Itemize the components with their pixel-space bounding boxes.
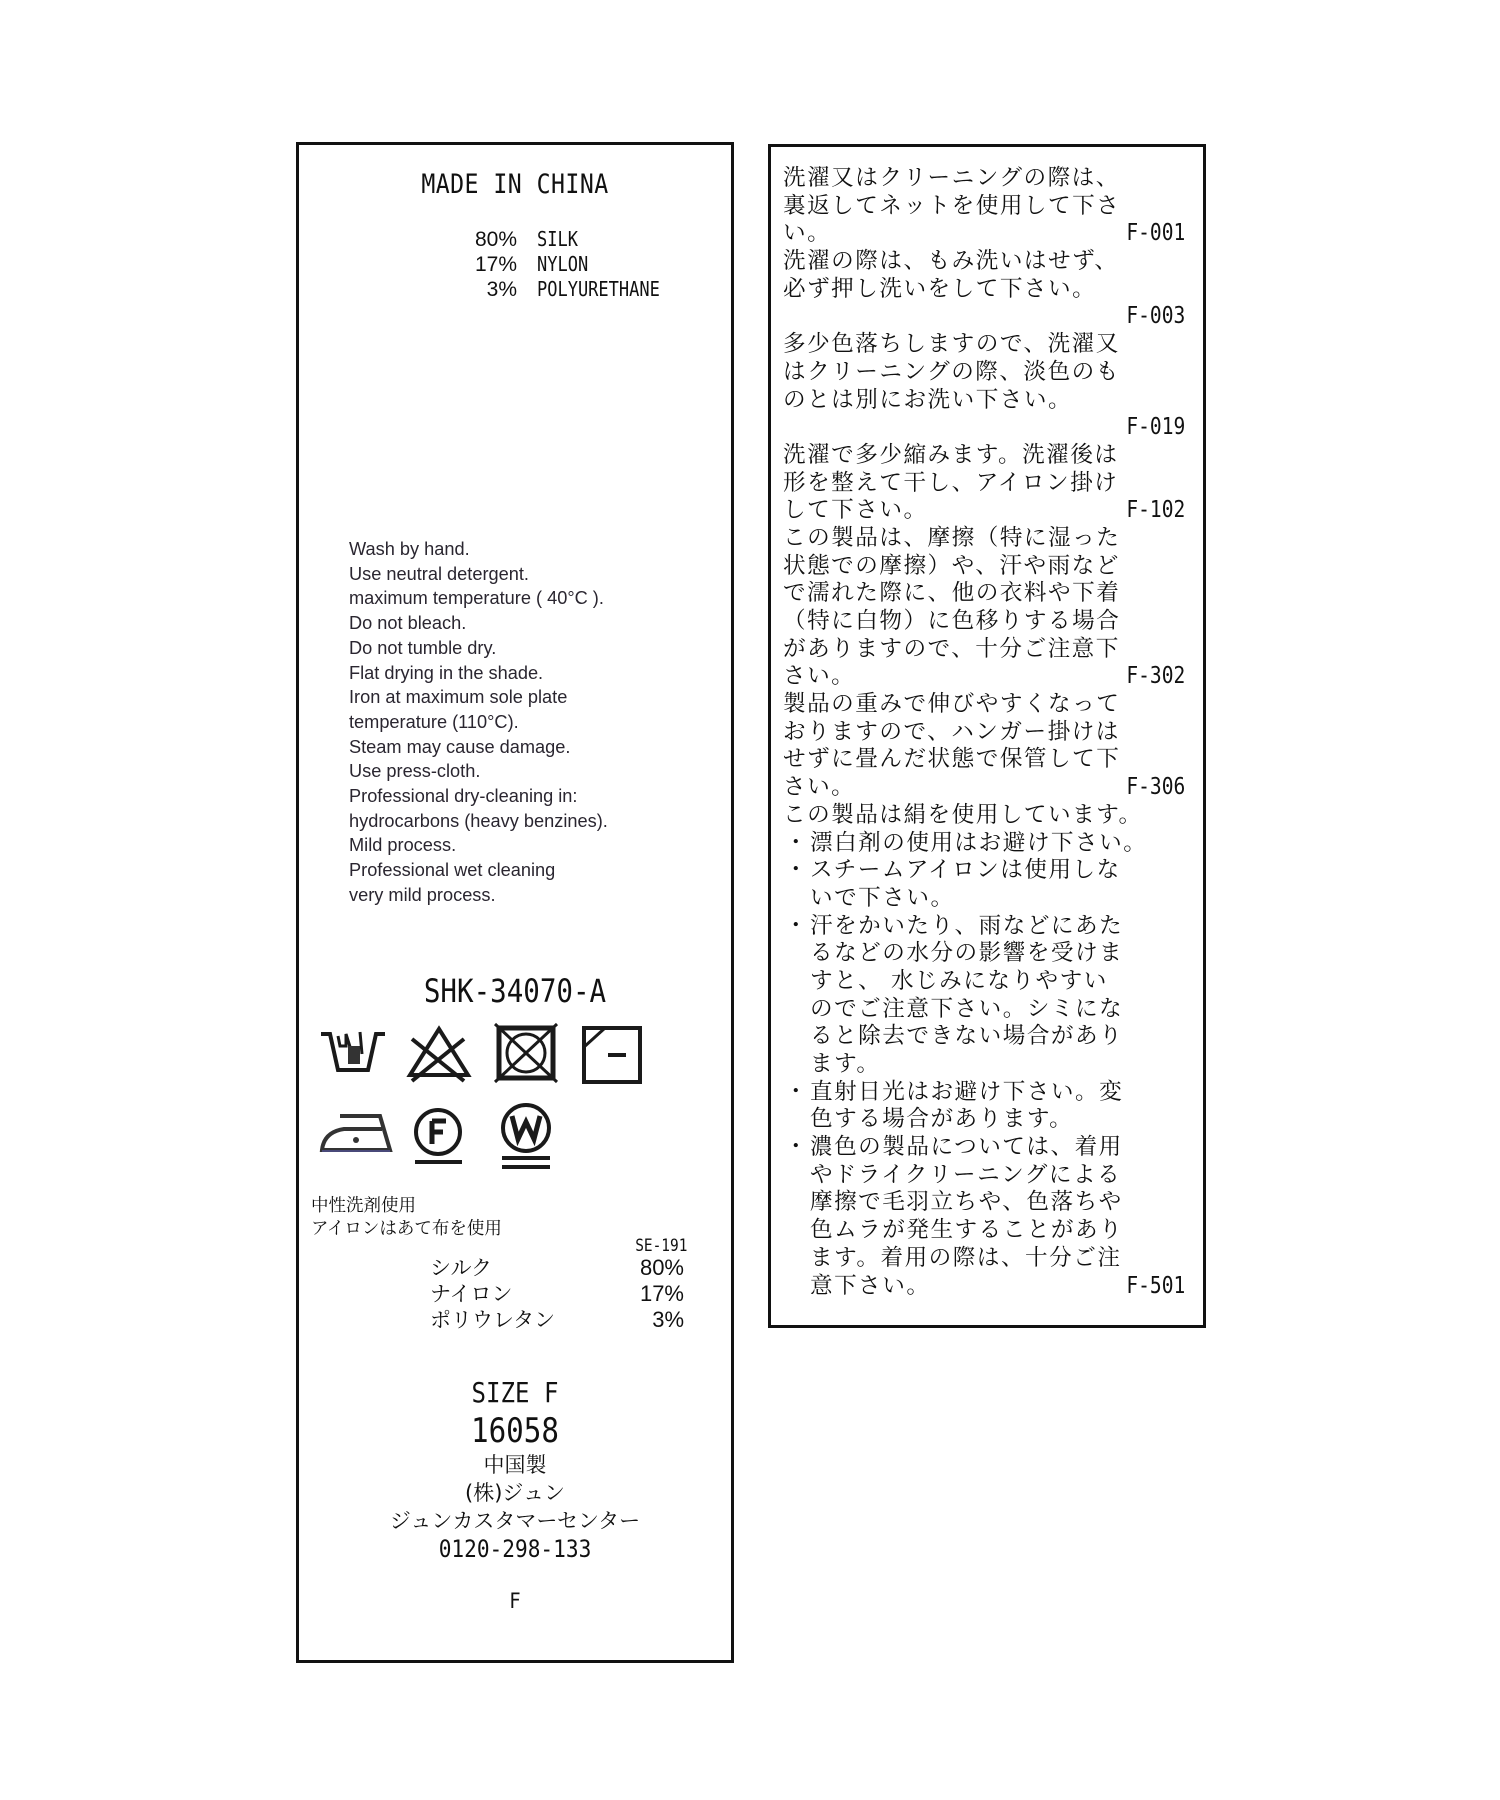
text-line: 多少色落ちしますので、洗濯又 bbox=[783, 331, 1193, 359]
bullet-continuation: ると除去できない場合があり bbox=[783, 1023, 1193, 1051]
line-text: 製品の重みで伸びやすくなって bbox=[783, 691, 1120, 717]
lot-number: 16058 bbox=[329, 1411, 701, 1451]
care-line: maximum temperature ( 40°C ). bbox=[349, 586, 608, 611]
text-line: 洗濯又はクリーニングの際は、 bbox=[783, 165, 1193, 193]
do-not-bleach-icon bbox=[404, 1025, 474, 1083]
line-text: い。 bbox=[783, 220, 831, 246]
bullet-continuation: るなどの水分の影響を受けま bbox=[783, 940, 1193, 968]
composition-material: シルク bbox=[430, 1255, 492, 1281]
care-instructions-jp: 洗濯又はクリーニングの際は、 裏返してネットを使用して下さ い。F-001 洗濯… bbox=[783, 165, 1193, 1300]
flat-dry-in-shade-icon bbox=[581, 1025, 643, 1085]
text-line: 洗濯の際は、もみ洗いはせず、 bbox=[783, 248, 1193, 276]
bullet-mark: ・ bbox=[783, 913, 810, 941]
line-text: すと、 水じみになりやすい bbox=[810, 968, 1108, 994]
instruction-code: F-003 bbox=[1126, 303, 1185, 331]
care-line: Professional dry-cleaning in: bbox=[349, 784, 608, 809]
line-text: ます。着用の際は、十分ご注 bbox=[810, 1245, 1121, 1271]
bullet-line: ・汗をかいたり、雨などにあた bbox=[783, 913, 1193, 941]
text-line: 必ず押し洗いをして下さい。 bbox=[783, 276, 1193, 304]
text-line: で濡れた際に、他の衣料や下着 bbox=[783, 580, 1193, 608]
text-line: この製品は絹を使用しています。 bbox=[783, 802, 1193, 830]
composition-material: SILK bbox=[537, 227, 578, 252]
composition-percent: 3% bbox=[652, 1307, 684, 1333]
care-instructions-en: Wash by hand. Use neutral detergent. max… bbox=[349, 537, 608, 908]
origin-jp: 中国製 bbox=[299, 1451, 731, 1479]
bullet-continuation: ます。着用の際は、十分ご注 bbox=[783, 1245, 1193, 1273]
care-line: temperature (110°C). bbox=[349, 710, 608, 735]
composition-row: 17% NYLON bbox=[465, 252, 682, 277]
composition-material: ナイロン bbox=[430, 1281, 513, 1307]
bullet-mark: ・ bbox=[783, 1079, 810, 1107]
care-line: Use press-cloth. bbox=[349, 759, 608, 784]
composition-percent: 17% bbox=[465, 252, 517, 277]
line-text: 汗をかいたり、雨などにあた bbox=[810, 913, 1123, 939]
text-line: 製品の重みで伸びやすくなって bbox=[783, 691, 1193, 719]
text-line: がありますので、十分ご注意下 bbox=[783, 636, 1193, 664]
care-line: Wash by hand. bbox=[349, 537, 608, 562]
size-and-maker-block: SIZE F 16058 中国製 (株)ジュン ジュンカスタマーセンター 012… bbox=[299, 1375, 731, 1613]
company-name: (株)ジュン bbox=[299, 1479, 731, 1507]
bullet-mark: ・ bbox=[783, 1134, 810, 1162]
line-text: がありますので、十分ご注意下 bbox=[783, 636, 1120, 662]
composition-row: 80% SILK bbox=[465, 227, 682, 252]
line-text: 色する場合があります。 bbox=[810, 1106, 1073, 1132]
instruction-code: F-001 bbox=[1126, 220, 1185, 248]
composition-jp-row: シルク 80% bbox=[430, 1255, 684, 1281]
line-text: 必ず押し洗いをして下さい。 bbox=[783, 276, 1096, 302]
line-text: して下さい。 bbox=[783, 497, 928, 523]
professional-dry-clean-F-icon bbox=[411, 1107, 467, 1167]
care-label-right: 洗濯又はクリーニングの際は、 裏返してネットを使用して下さ い。F-001 洗濯… bbox=[768, 144, 1206, 1328]
line-text: 裏返してネットを使用して下さ bbox=[783, 193, 1120, 219]
text-line: せずに畳んだ状態で保管して下 bbox=[783, 746, 1193, 774]
line-text: 摩擦で毛羽立ちや、色落ちや bbox=[810, 1189, 1123, 1215]
bullet-line: ・スチームアイロンは使用しな bbox=[783, 857, 1193, 885]
bullet-line: ・漂白剤の使用はお避け下さい。 bbox=[783, 830, 1193, 858]
text-line: さい。F-306 bbox=[783, 774, 1193, 802]
line-text: はクリーニングの際、淡色のも bbox=[783, 359, 1120, 385]
origin-text: MADE IN CHINA bbox=[329, 169, 701, 200]
line-text: で濡れた際に、他の衣料や下着 bbox=[783, 580, 1120, 606]
bullet-line: ・直射日光はお避け下さい。変 bbox=[783, 1079, 1193, 1107]
line-text: 色ムラが発生することがあり bbox=[810, 1217, 1123, 1243]
bullet-continuation: いで下さい。 bbox=[783, 885, 1193, 913]
bullet-continuation: 摩擦で毛羽立ちや、色落ちや bbox=[783, 1189, 1193, 1217]
text-line: （特に白物）に色移りする場合 bbox=[783, 608, 1193, 636]
care-line: hydrocarbons (heavy benzines). bbox=[349, 809, 608, 834]
jp-note-line: アイロンはあて布を使用 bbox=[311, 1218, 502, 1241]
composition-material: ポリウレタン bbox=[430, 1307, 555, 1333]
text-line: 裏返してネットを使用して下さ bbox=[783, 193, 1193, 221]
customer-center: ジュンカスタマーセンター bbox=[299, 1507, 731, 1535]
line-text: 形を整えて干し、アイロン掛け bbox=[783, 470, 1118, 496]
text-line: さい。F-302 bbox=[783, 663, 1193, 691]
do-not-tumble-dry-icon bbox=[493, 1022, 559, 1084]
care-line: Mild process. bbox=[349, 833, 608, 858]
line-text: 洗濯又はクリーニングの際は、 bbox=[783, 165, 1120, 191]
line-text: さい。 bbox=[783, 774, 855, 800]
line-text: いで下さい。 bbox=[810, 885, 955, 911]
iron-low-temperature-icon bbox=[318, 1112, 394, 1156]
line-text: 多少色落ちしますので、洗濯又 bbox=[783, 331, 1120, 357]
instruction-code: F-501 bbox=[1126, 1273, 1185, 1301]
line-text: （特に白物）に色移りする場合 bbox=[783, 608, 1120, 634]
composition-jp-row: ポリウレタン 3% bbox=[430, 1307, 684, 1333]
care-line: Professional wet cleaning bbox=[349, 858, 608, 883]
composition-row: 3% POLYURETHANE bbox=[465, 277, 682, 302]
hand-wash-icon bbox=[318, 1028, 388, 1078]
text-line: おりますので、ハンガー掛けは bbox=[783, 719, 1193, 747]
bullet-continuation: 色する場合があります。 bbox=[783, 1106, 1193, 1134]
instruction-code: F-102 bbox=[1126, 497, 1185, 525]
bullet-continuation: 意下さい。F-501 bbox=[783, 1273, 1193, 1301]
line-text: この製品は、摩擦（特に湿った bbox=[783, 525, 1120, 551]
text-line: 洗濯で多少縮みます。洗濯後は bbox=[783, 442, 1193, 470]
line-text: 濃色の製品については、着用 bbox=[810, 1134, 1123, 1160]
composition-en: 80% SILK 17% NYLON 3% POLYURETHANE bbox=[465, 227, 682, 302]
composition-percent: 17% bbox=[640, 1281, 684, 1307]
line-text: のでご注意下さい。シミにな bbox=[810, 996, 1123, 1022]
line-text: ると除去できない場合があり bbox=[810, 1023, 1123, 1049]
line-text: やドライクリーニングによる bbox=[810, 1162, 1121, 1188]
bullet-continuation: すと、 水じみになりやすい bbox=[783, 968, 1193, 996]
line-text: 洗濯の際は、もみ洗いはせず、 bbox=[783, 248, 1119, 274]
line-text: スチームアイロンは使用しな bbox=[810, 857, 1121, 883]
composition-material: POLYURETHANE bbox=[537, 277, 660, 302]
bullet-continuation: やドライクリーニングによる bbox=[783, 1162, 1193, 1190]
bullet-mark: ・ bbox=[783, 830, 810, 858]
text-line: い。F-001 bbox=[783, 220, 1193, 248]
composition-percent: 3% bbox=[465, 277, 517, 302]
line-text: るなどの水分の影響を受けま bbox=[810, 940, 1123, 966]
line-text: 意下さい。 bbox=[810, 1273, 930, 1299]
composition-percent: 80% bbox=[465, 227, 517, 252]
care-line: very mild process. bbox=[349, 883, 608, 908]
care-line: Do not bleach. bbox=[349, 611, 608, 636]
care-line: Flat drying in the shade. bbox=[349, 661, 608, 686]
care-line: Use neutral detergent. bbox=[349, 562, 608, 587]
text-line: 形を整えて干し、アイロン掛け bbox=[783, 470, 1193, 498]
text-line: はクリーニングの際、淡色のも bbox=[783, 359, 1193, 387]
text-line: 状態での摩擦）や、汗や雨など bbox=[783, 553, 1193, 581]
instruction-code: F-019 bbox=[1126, 414, 1185, 442]
phone-number: 0120-298-133 bbox=[325, 1535, 705, 1563]
line-text: この製品は絹を使用しています。 bbox=[783, 802, 1143, 828]
line-text: おりますので、ハンガー掛けは bbox=[783, 719, 1120, 745]
bullet-continuation: 色ムラが発生することがあり bbox=[783, 1217, 1193, 1245]
line-text: せずに畳んだ状態で保管して下 bbox=[783, 746, 1120, 772]
instruction-code: F-306 bbox=[1126, 774, 1185, 802]
care-line: Steam may cause damage. bbox=[349, 735, 608, 760]
bullet-line: ・濃色の製品については、着用 bbox=[783, 1134, 1193, 1162]
size-small: F bbox=[321, 1589, 710, 1613]
bullet-continuation: のでご注意下さい。シミにな bbox=[783, 996, 1193, 1024]
line-text: のとは別にお洗い下さい。 bbox=[783, 387, 1072, 413]
professional-wet-clean-very-mild-icon bbox=[498, 1102, 554, 1170]
composition-jp: シルク 80% ナイロン 17% ポリウレタン 3% bbox=[430, 1255, 684, 1333]
line-text: 直射日光はお避け下さい。変 bbox=[810, 1079, 1123, 1105]
text-line: F-019 bbox=[783, 414, 1193, 442]
line-text: 漂白剤の使用はお避け下さい。 bbox=[810, 830, 1147, 856]
care-line: Do not tumble dry. bbox=[349, 636, 608, 661]
instruction-code: F-302 bbox=[1126, 663, 1185, 691]
text-line: のとは別にお洗い下さい。 bbox=[783, 387, 1193, 415]
text-line: して下さい。F-102 bbox=[783, 497, 1193, 525]
care-line: Iron at maximum sole plate bbox=[349, 685, 608, 710]
line-text: 洗濯で多少縮みます。洗濯後は bbox=[783, 442, 1119, 468]
line-text: ます。 bbox=[810, 1051, 880, 1077]
composition-material: NYLON bbox=[537, 252, 588, 277]
care-label-left: MADE IN CHINA 80% SILK 17% NYLON 3% POLY… bbox=[296, 142, 734, 1663]
se-code: SE-191 bbox=[635, 1236, 687, 1256]
composition-percent: 80% bbox=[640, 1255, 684, 1281]
bullet-continuation: ます。 bbox=[783, 1051, 1193, 1079]
text-line: この製品は、摩擦（特に湿った bbox=[783, 525, 1193, 553]
composition-jp-row: ナイロン 17% bbox=[430, 1281, 684, 1307]
size-text: SIZE F bbox=[329, 1375, 701, 1411]
jp-note-line: 中性洗剤使用 bbox=[311, 1195, 502, 1218]
line-text: 状態での摩擦）や、汗や雨など bbox=[783, 553, 1120, 579]
japanese-care-notes: 中性洗剤使用 アイロンはあて布を使用 bbox=[311, 1195, 502, 1241]
style-code: SHK-34070-A bbox=[329, 972, 701, 1010]
bullet-mark: ・ bbox=[783, 857, 810, 885]
line-text: さい。 bbox=[783, 663, 855, 689]
text-line: F-003 bbox=[783, 303, 1193, 331]
